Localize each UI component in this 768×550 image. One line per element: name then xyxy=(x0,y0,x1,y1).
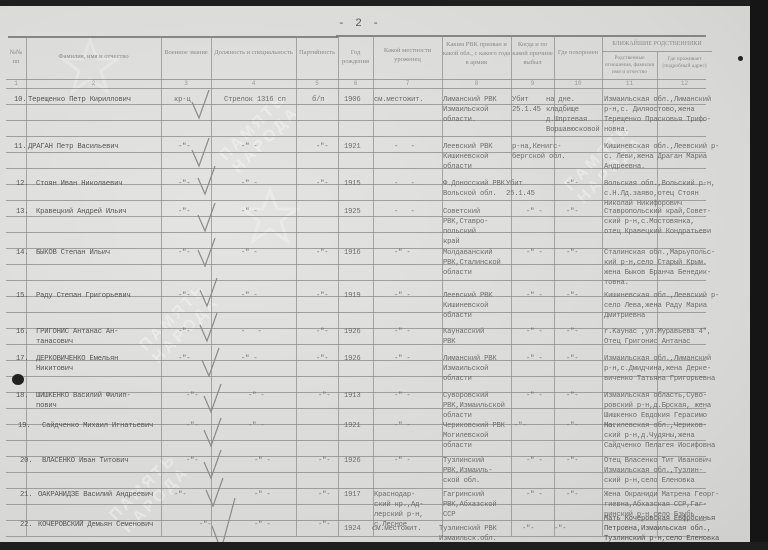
draft-office: Леевский РВК Кишиневской области xyxy=(443,142,492,172)
watermark-star-icon xyxy=(240,186,300,251)
burial-place: -"- xyxy=(566,421,578,431)
next-of-kin: Ставропольский край,Совет- ский р-н,с.Мо… xyxy=(604,207,711,237)
draft-office: Гагринский РВК,Абхазской ССР xyxy=(443,490,496,520)
position: - - xyxy=(241,327,262,337)
birth-year: 1926 xyxy=(344,456,360,466)
header-col-8: Каким РВК призван и какой обл., с какого… xyxy=(442,40,511,67)
draft-office: Леевский РВК Кишиневской области xyxy=(443,291,492,321)
rank: -"- xyxy=(178,207,190,217)
soldier-name: Кравецкий Андрей Ильич xyxy=(36,207,127,217)
col-num: 5 xyxy=(296,80,338,87)
burial-place: -"- xyxy=(566,354,578,364)
position: -" - xyxy=(248,421,264,431)
checkmark-icon xyxy=(190,88,210,122)
party: б/п xyxy=(312,95,324,105)
when-why: -"- xyxy=(522,524,534,534)
rank: кр-ц xyxy=(174,95,190,105)
next-of-kin: Кишиневская обл.,Леевский р- с. Леви,жен… xyxy=(604,142,719,172)
header-col-12: Где проживает (подробный адрес) xyxy=(657,56,712,70)
party: -"- xyxy=(316,179,328,189)
birth-year: 1921 xyxy=(344,421,360,431)
rank: -"- xyxy=(186,456,198,466)
when-why: -"- xyxy=(514,421,526,431)
position: -" - xyxy=(248,391,264,401)
next-of-kin: Измаильская обл.,Лиманский р-н,с.Дмидчин… xyxy=(604,354,715,384)
document-page: - 2 - ПАМЯТЬ НАРОДА ПАМЯТЬ НАРОДА ПАМЯТЬ… xyxy=(0,6,752,542)
next-of-kin: Сталинская обл.,Марьупольс- кий р-н,село… xyxy=(604,248,715,288)
punch-hole xyxy=(12,374,24,385)
next-of-kin: Могилевская обл.,Чериков- ский р-н,д.Чуд… xyxy=(604,421,715,451)
row-number: 17. xyxy=(16,354,28,364)
header-col-10: Где похоронен xyxy=(554,48,602,57)
burial-place: -"- xyxy=(566,391,578,401)
party: -"- xyxy=(316,248,328,258)
page-number: - 2 - xyxy=(338,18,381,30)
birthplace: - - xyxy=(394,207,415,217)
birthplace: -" - xyxy=(394,391,410,401)
position: -" - xyxy=(254,490,270,500)
burial-place: -"- xyxy=(566,327,578,337)
position: -" - xyxy=(241,207,257,217)
header-col-7: Какой местности уроженец xyxy=(373,46,442,64)
birth-year: 1917 xyxy=(344,490,360,500)
birth-year: 1926 xyxy=(344,327,360,337)
burial-place: -"- xyxy=(566,248,578,258)
scan-border-right xyxy=(750,0,768,550)
checkmark-icon xyxy=(198,276,218,310)
soldier-name: КОЧЕРОВСКИЙ Демьян Семенович xyxy=(38,520,153,530)
when-why: -" - xyxy=(526,490,542,500)
row-number: 14. xyxy=(16,248,28,258)
col-num: 7 xyxy=(373,80,442,87)
draft-office: Молдаванский РВК,Сталинской области xyxy=(443,248,501,278)
soldier-name: БЫКОВ Степан Ильич xyxy=(36,248,110,258)
draft-office: Каунасский РВК xyxy=(443,327,484,347)
birth-year: 1921 xyxy=(344,142,360,152)
header-group-relatives: БЛИЖАЙШИЕ РОДСТВЕННИКИ xyxy=(602,40,712,49)
col-num: 10 xyxy=(554,80,602,87)
row-number: 16. xyxy=(16,327,28,337)
col-num: 12 xyxy=(657,80,712,87)
birth-year: 1913 xyxy=(344,391,360,401)
position: -" - xyxy=(254,520,270,530)
party: -"- xyxy=(318,490,330,500)
soldier-name: ШИШКЕНКО Василий Филип- пович xyxy=(36,391,131,411)
birthplace: -" - xyxy=(394,421,410,431)
checkmark-icon xyxy=(196,164,216,198)
when-why: -" - xyxy=(526,354,542,364)
next-of-kin: Мать Кочеровская Евфросинья Петровна,Изм… xyxy=(604,514,719,544)
position: -" - xyxy=(241,291,257,301)
burial-place: р-на,Кенигс- бергской обл. xyxy=(512,142,565,162)
rank: -"- xyxy=(178,327,190,337)
birthplace: -" - xyxy=(394,327,410,337)
soldier-name: ГРИГОНИС Антанас Ан- танасович xyxy=(36,327,118,347)
rank: -"- xyxy=(178,354,190,364)
birthplace: см.местожит. xyxy=(372,524,421,534)
draft-office: Советский РВК,Ставро- польский край xyxy=(443,207,488,247)
birth-year: 1924 xyxy=(344,524,360,534)
burial-place: -"- xyxy=(566,456,578,466)
when-why-left: Убит 25.1.45 xyxy=(512,95,541,115)
birth-year: 1919 xyxy=(344,291,360,301)
rank: -"- xyxy=(178,179,190,189)
soldier-name: Терещенко Петр Кириллович xyxy=(28,95,131,105)
header-col-11: Родственные отношения, фамилия имя и отч… xyxy=(602,55,657,76)
row-number: 22. xyxy=(20,520,32,530)
birth-year: 1915 xyxy=(344,179,360,189)
col-num: 3 xyxy=(161,80,211,87)
draft-office: Лиманский РВК Измаильской области. xyxy=(443,95,496,125)
when-why: Убит 25.1.45 xyxy=(506,179,535,199)
row-number: 15. xyxy=(16,291,28,301)
col-num: 1 xyxy=(6,80,26,87)
row-number: 12. xyxy=(16,179,28,189)
soldier-name: Сайдченко Михаил Игнатьевич xyxy=(42,421,153,431)
next-of-kin: Вольская обл.,Вольский р-н, с.Н.Лд.заяво… xyxy=(604,179,715,209)
birthplace: см.местожит. xyxy=(374,95,423,105)
when-why: -" - xyxy=(526,207,542,217)
rank: -"- xyxy=(178,291,190,301)
col-num: 6 xyxy=(338,80,373,87)
burial-place: -"- xyxy=(566,291,578,301)
next-of-kin: г.Каунас ,ул.Муравьева 4", Отец Григонис… xyxy=(604,327,711,347)
birthplace: -" - xyxy=(394,291,410,301)
birth-year: 1926 xyxy=(344,354,360,364)
checkmark-icon xyxy=(202,382,222,416)
checkmark-icon xyxy=(202,416,222,450)
position: -" - xyxy=(241,179,257,189)
col-num: 9 xyxy=(511,80,554,87)
party: -"- xyxy=(316,327,328,337)
rank: -"- xyxy=(186,421,198,431)
draft-office: Тузлинский РВК,Измаиль- ской обл. xyxy=(443,456,492,486)
watermark-star-icon xyxy=(60,36,120,101)
when-why: -" - xyxy=(526,391,542,401)
party: -"- xyxy=(316,354,328,364)
col-num: 8 xyxy=(442,80,511,87)
next-of-kin: Кишиневская обл.,Леевский р- село Лева,ж… xyxy=(604,291,719,321)
rank: -"- xyxy=(186,391,198,401)
rank: -"- xyxy=(178,248,190,258)
position: -" - xyxy=(241,248,257,258)
rank: -"- xyxy=(174,490,186,500)
row-number: 10. xyxy=(14,95,26,105)
col-num: 4 xyxy=(211,80,296,87)
checkmark-icon xyxy=(198,311,218,345)
row-number: 11. xyxy=(14,142,26,152)
birth-year: 1906 xyxy=(344,95,360,105)
soldier-name: ДРАГАН Петр Васильевич xyxy=(28,142,119,152)
header-col-5: Партийность xyxy=(296,48,338,57)
draft-office: Суворовский РВК,Измаильской области xyxy=(443,391,505,421)
soldier-name: ОАКРАНИДЗЕ Василий Андреевич xyxy=(38,490,153,500)
birthplace: - - xyxy=(394,142,415,152)
checkmark-icon xyxy=(196,201,216,235)
burial-place: на дне. кладбище д.Шпртевая Воршавюсково… xyxy=(546,95,599,135)
burial-place: -"- xyxy=(566,179,578,189)
birthplace: -" - xyxy=(394,248,410,258)
punch-hole xyxy=(738,56,743,61)
party: -"- xyxy=(318,456,330,466)
col-num: 2 xyxy=(26,80,161,87)
rank: -"- xyxy=(178,142,190,152)
draft-office: Лиманский РВК Измаильской области xyxy=(443,354,496,384)
birthplace: -" - xyxy=(394,354,410,364)
birthplace: -" - xyxy=(394,456,410,466)
next-of-kin: Отец Власенко Тит Иванович Измаильская о… xyxy=(604,456,711,486)
header-col-9: Когда и по какой причине выбыл xyxy=(511,40,554,67)
scan-border-bottom xyxy=(0,542,768,550)
row-number: 13. xyxy=(16,207,28,217)
soldier-name: ВЛАСЕНКО Иван Титович xyxy=(42,456,128,466)
burial-place: -"- xyxy=(566,490,578,500)
header-col-1: №№ пп xyxy=(6,48,26,66)
when-why: -" - xyxy=(526,248,542,258)
when-why: -" - xyxy=(526,327,542,337)
header-col-6: Год рождения xyxy=(338,48,373,66)
checkmark-icon xyxy=(196,236,216,270)
burial-place: -"- xyxy=(566,207,578,217)
birth-year: 1925 xyxy=(344,207,360,217)
party: -"- xyxy=(318,520,330,530)
when-why: -" - xyxy=(526,456,542,466)
row-number: 21. xyxy=(20,490,32,500)
draft-office: Тузлинский РВК Измаильск.обл. xyxy=(439,524,497,544)
burial-place: -"- xyxy=(554,524,566,534)
party: -"- xyxy=(316,291,328,301)
soldier-name: ДЕРКОВИЧЕНКО Емельян Никитович xyxy=(36,354,118,374)
position: -" - xyxy=(241,142,257,152)
header-col-2: Фамилия, имя и отчество xyxy=(26,52,161,61)
party: -"- xyxy=(316,142,328,152)
birth-year: 1916 xyxy=(344,248,360,258)
position: Стрелок 1316 сп xyxy=(224,95,286,105)
next-of-kin: Измаильская обл.,Лиманский р-н,с. Диляос… xyxy=(604,95,711,135)
birthplace: - - xyxy=(394,179,415,189)
row-number: 20. xyxy=(20,456,32,466)
header-col-3: Военное звание xyxy=(161,48,211,57)
row-number: 18. xyxy=(16,391,28,401)
when-why: -" - xyxy=(526,291,542,301)
soldier-name: Раду Степан Григорьевич xyxy=(36,291,131,301)
party: -"- xyxy=(318,391,330,401)
position: -" - xyxy=(241,354,257,364)
col-num: 11 xyxy=(602,80,657,87)
draft-office: Ф.Доносский РВК Вольской обл. xyxy=(443,179,505,199)
soldier-name: Стоян Иван Николаевич xyxy=(36,179,122,189)
header-col-4: Должность и специальность xyxy=(211,48,296,57)
row-number: 19. xyxy=(18,421,30,431)
checkmark-icon xyxy=(200,346,220,380)
draft-office: Чериковский РВК Могилевской области xyxy=(443,421,505,451)
position: -" - xyxy=(254,456,270,466)
